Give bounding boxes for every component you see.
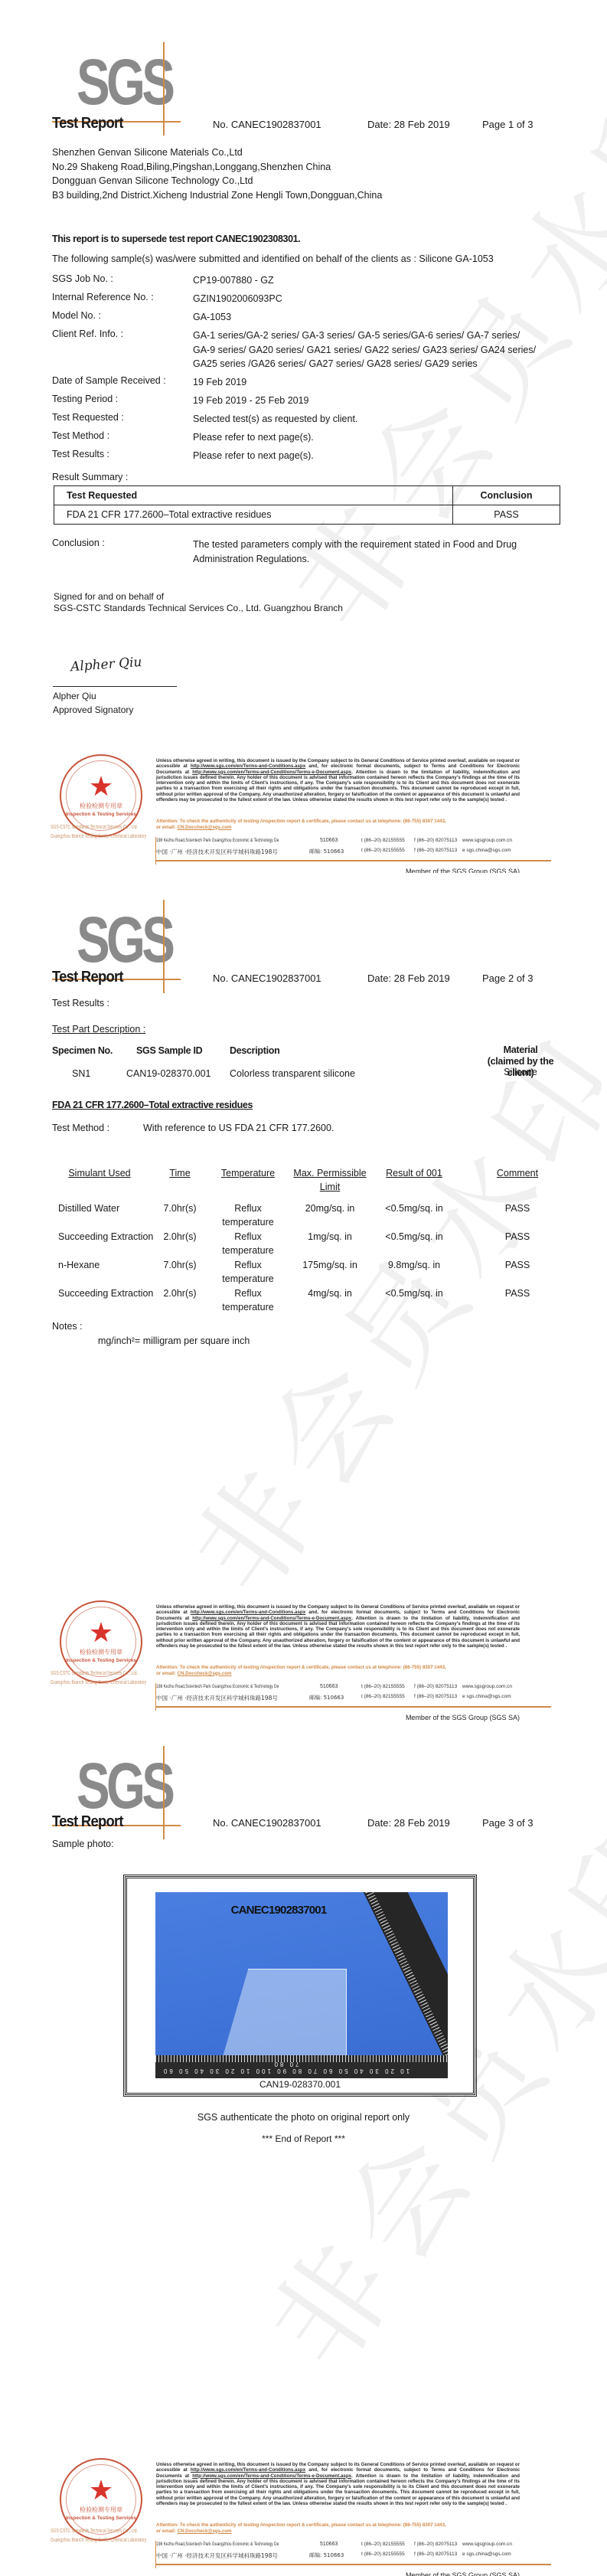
- page-number: Page 1 of 3: [482, 119, 534, 130]
- notes-text: mg/inch²= milligram per square inch: [98, 1335, 250, 1348]
- status-badge: PASS: [487, 1202, 548, 1216]
- ruler-horizontal: 10 20 30 40 50 60 70 80 90 100 10 20 30 …: [155, 2055, 448, 2078]
- report-title: Test Report: [52, 969, 123, 986]
- sample-id: CAN19-028370.001: [126, 1067, 211, 1080]
- table-row: Succeeding Extraction 2.0hr(s) Refluxtem…: [52, 1287, 565, 1316]
- page-number: Page 3 of 3: [482, 1817, 534, 1829]
- report-number: No. CANEC1902837001: [213, 973, 321, 984]
- table-row: Succeeding Extraction 2.0hr(s) Refluxtem…: [52, 1231, 565, 1259]
- end-of-report: *** End of Report ***: [0, 2133, 607, 2144]
- legal-disclaimer: Unless otherwise agreed in writing, this…: [156, 2462, 520, 2506]
- e-terms-link[interactable]: http://www.sgs.com/en/Terms-and-Conditio…: [192, 1616, 351, 1621]
- ruler-vertical: [356, 1892, 448, 2077]
- table-row: FDA 21 CFR 177.2600–Total extractive res…: [54, 505, 560, 525]
- authenticity-notice: Attention: To check the authenticity of …: [156, 819, 520, 830]
- sample-photo: 10 20 30 40 50 60 70 80 90 100 10 20 30 …: [155, 1892, 448, 2078]
- result-summary-label: Result Summary :: [52, 471, 128, 484]
- test-part-description-label: Test Part Description :: [52, 1023, 145, 1036]
- member-note: Member of the SGS Group (SGS SA): [406, 2571, 520, 2576]
- photo-authenticate-note: SGS authenticate the photo on original r…: [0, 2112, 607, 2123]
- address-en: 198 Kezhu Road,Scientech Park Guangzhou …: [156, 2542, 520, 2548]
- address-en: 198 Kezhu Road,Scientech Park Guangzhou …: [156, 1684, 520, 1691]
- e-terms-link[interactable]: http://www.sgs.com/en/Terms-and-Conditio…: [192, 2473, 351, 2479]
- page-footer: ★ 检验检测专用章 Inspection & Testing Services …: [46, 2450, 574, 2573]
- star-icon: ★: [61, 1619, 141, 1646]
- authenticity-notice: Attention: To check the authenticity of …: [156, 1665, 520, 1676]
- page-footer: ★ 检验检测专用章 Inspection & Testing Services …: [46, 747, 574, 869]
- supersede-note: This report is to supersede test report …: [52, 233, 300, 246]
- notes-label: Notes :: [52, 1320, 83, 1333]
- status-badge: PASS: [487, 1231, 548, 1244]
- table-row: n-Hexane 7.0hr(s) Refluxtemperature 175m…: [52, 1259, 565, 1287]
- conclusion-badge: PASS: [453, 505, 560, 525]
- stamp-caption: SGS-CSTC Standards Technical Services Co…: [51, 2527, 146, 2545]
- table-row: Distilled Water 7.0hr(s) Refluxtemperatu…: [52, 1202, 565, 1231]
- report-header: Test Report No. CANEC1902837001 Date: 28…: [52, 1813, 557, 1832]
- summary-header-row: Test Requested Conclusion: [54, 486, 560, 505]
- doccheck-email-link[interactable]: CN.Doccheck@sgs.com: [178, 825, 232, 830]
- signatory: Alpher Qiu Approved Signatory: [53, 689, 133, 717]
- silicone-sheet: [220, 1969, 347, 2064]
- test-method-label: Test Method :: [52, 1122, 109, 1135]
- address-cn: 中国 ·广州 ·经济技术开发区科学城科珠路198号邮编: 510663t (86…: [156, 1694, 520, 1702]
- report-date: Date: 28 Feb 2019: [367, 973, 450, 984]
- terms-link[interactable]: http://www.sgs.com/en/Terms-and-Conditio…: [191, 1610, 305, 1615]
- specimen-header-id: SGS Sample ID: [136, 1044, 202, 1058]
- e-terms-link[interactable]: http://www.sgs.com/en/Terms-and-Conditio…: [192, 770, 351, 775]
- report-date: Date: 28 Feb 2019: [367, 119, 450, 130]
- terms-link[interactable]: http://www.sgs.com/en/Terms-and-Conditio…: [191, 763, 305, 769]
- status-badge: PASS: [487, 1287, 548, 1301]
- sample-photo-label: Sample photo:: [52, 1838, 114, 1851]
- photo-report-label: CANEC1902837001: [155, 1904, 402, 1917]
- result-summary-table: Test Requested Conclusion FDA 21 CFR 177…: [54, 485, 560, 525]
- signature: Alpher Qiu: [70, 655, 142, 675]
- member-note: Member of the SGS Group (SGS SA): [406, 868, 520, 873]
- doccheck-email-link[interactable]: CN.Doccheck@sgs.com: [178, 2529, 232, 2534]
- photo-caption: CAN19-028370.001: [127, 2079, 473, 2090]
- report-title: Test Report: [52, 115, 123, 132]
- results-table: Simulant Used Time Temperature Max. Perm…: [52, 1167, 565, 1316]
- address-en: 198 Kezhu Road,Scientech Park Guangzhou …: [156, 838, 520, 845]
- report-date: Date: 28 Feb 2019: [367, 1817, 450, 1829]
- signed-for-block: Signed for and on behalf of SGS-CSTC Sta…: [54, 591, 343, 614]
- signature-line: [53, 686, 177, 687]
- applicant-block: Shenzhen Genvan Silicone Materials Co.,L…: [52, 145, 382, 202]
- report-page-3: 非会员水印 SGS Test Report No. CANEC190283700…: [0, 1731, 607, 2576]
- page-footer: ★ 检验检测专用章 Inspection & Testing Services …: [46, 1593, 574, 1715]
- sample-photo-frame: 10 20 30 40 50 60 70 80 90 100 10 20 30 …: [125, 1876, 475, 2095]
- report-header: Test Report No. CANEC1902837001 Date: 28…: [52, 969, 557, 987]
- doccheck-email-link[interactable]: CN.Doccheck@sgs.com: [178, 1671, 232, 1676]
- stamp-caption: SGS-CSTC Standards Technical Services Co…: [51, 823, 146, 842]
- report-number: No. CANEC1902837001: [213, 119, 321, 130]
- section-title: FDA 21 CFR 177.2600–Total extractive res…: [52, 1099, 253, 1112]
- terms-link[interactable]: http://www.sgs.com/en/Terms-and-Conditio…: [191, 2467, 305, 2473]
- stamp-caption: SGS-CSTC Standards Technical Services Co…: [51, 1669, 146, 1688]
- member-note: Member of the SGS Group (SGS SA): [406, 1714, 520, 1721]
- specimen-header-description: Description: [230, 1044, 279, 1058]
- legal-disclaimer: Unless otherwise agreed in writing, this…: [156, 1604, 520, 1649]
- page-number: Page 2 of 3: [482, 973, 534, 984]
- report-header: Test Report No. CANEC1902837001 Date: 28…: [52, 115, 557, 133]
- authenticity-notice: Attention: To check the authenticity of …: [156, 2522, 520, 2534]
- report-title: Test Report: [52, 1813, 123, 1831]
- status-badge: PASS: [487, 1259, 548, 1273]
- report-number: No. CANEC1902837001: [213, 1817, 321, 1829]
- table-row: SN1 CAN19-028370.001 Colorless transpare…: [0, 1067, 607, 1083]
- address-cn: 中国 ·广州 ·经济技术开发区科学城科珠路198号邮编: 510663t (86…: [156, 2551, 520, 2560]
- results-header-row: Simulant Used Time Temperature Max. Perm…: [52, 1167, 565, 1202]
- star-icon: ★: [61, 2476, 141, 2504]
- address-cn: 中国 ·广州 ·经济技术开发区科学城科珠路198号邮编: 510663t (86…: [156, 848, 520, 856]
- sample-intro: The following sample(s) was/were submitt…: [52, 253, 494, 266]
- test-method-value: With reference to US FDA 21 CFR 177.2600…: [143, 1122, 334, 1135]
- star-icon: ★: [61, 773, 141, 800]
- report-page-1: 非会员水印 SGS Test Report No. CANEC190283700…: [0, 0, 607, 873]
- specimen-header-no: Specimen No.: [52, 1044, 113, 1058]
- legal-disclaimer: Unless otherwise agreed in writing, this…: [156, 758, 520, 803]
- test-results-label: Test Results :: [52, 997, 109, 1010]
